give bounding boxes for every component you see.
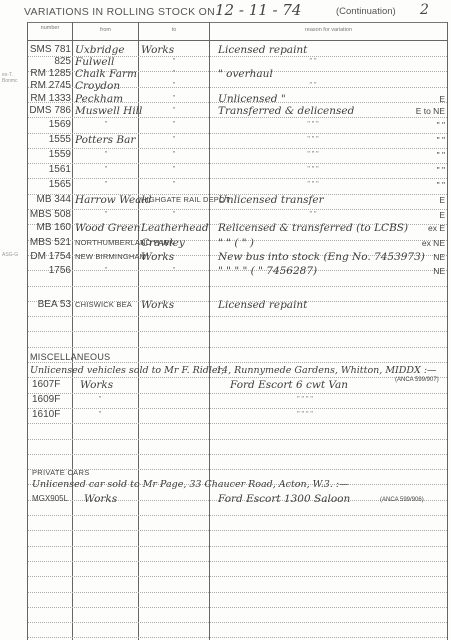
from-garage: CHISWICK BEA — [75, 298, 137, 312]
vehicle-description: " " " " — [230, 408, 380, 422]
variation-reason: Relicensed & transferred (to LCBS) — [218, 221, 408, 235]
ruled-line — [28, 439, 447, 440]
ruled-line — [28, 576, 447, 577]
ruled-line — [28, 530, 447, 531]
area-code: E — [405, 193, 445, 207]
to-destination: " — [141, 79, 207, 93]
to-destination: " — [141, 208, 207, 222]
vehicle-number: 1607F — [32, 378, 72, 392]
area-code: " " — [405, 118, 445, 132]
area-code — [405, 279, 445, 293]
variation-reason: " " " " ( " 7456287) — [218, 264, 408, 278]
area-code: " " — [405, 148, 445, 162]
vehicle-number: 1609F — [32, 393, 72, 407]
vehicle-number: 1561 — [28, 163, 71, 177]
column-header-to: to — [139, 22, 209, 45]
from-garage: Potters Bar — [75, 133, 137, 147]
vehicle-number: MB 160 — [28, 221, 71, 235]
to-destination: Works — [141, 298, 207, 312]
vehicle-number: 1569 — [28, 118, 71, 132]
vehicle-number: RM 2745 — [28, 79, 71, 93]
area-code: E to NE — [405, 104, 445, 118]
from-garage: " — [75, 208, 137, 222]
vehicle-description: Ford Escort 1300 Saloon — [218, 492, 368, 506]
from-garage: Croydon — [75, 79, 137, 93]
from-garage: " — [75, 163, 137, 177]
ruled-line — [28, 592, 447, 593]
from-garage: NORTHUMBERLAND PARK — [75, 236, 137, 250]
variation-reason: " " " — [218, 148, 408, 162]
from-garage: " — [75, 148, 137, 162]
area-code: " " — [405, 133, 445, 147]
area-code: NE — [405, 264, 445, 278]
section-heading-private-cars: PRIVATE CARS — [32, 468, 90, 477]
from-garage: Works — [80, 378, 120, 392]
reference-number: (ANCA 599/906) — [380, 493, 440, 507]
vehicle-registration: MGX905L — [32, 492, 72, 506]
page-number: 2 — [420, 2, 429, 18]
ruled-line — [28, 546, 447, 547]
variation-reason: " " — [218, 208, 408, 222]
vehicle-number: BEA 53 — [28, 298, 71, 312]
to-destination: " — [141, 118, 207, 132]
from-garage: " — [75, 178, 137, 192]
area-code — [405, 298, 445, 312]
vehicle-description: " " " " — [230, 393, 380, 407]
vehicle-number: MBS 508 — [28, 208, 71, 222]
ruled-line — [28, 316, 447, 317]
ruled-line — [28, 561, 447, 562]
from-garage: " — [80, 393, 120, 407]
ruled-line — [28, 637, 447, 638]
area-code: ex NE — [405, 236, 445, 250]
from-garage: NEW BIRMINGHAM — [75, 250, 137, 264]
ruled-line — [28, 423, 447, 424]
area-code: ex E — [405, 221, 445, 235]
vehicle-number: 1756 — [28, 264, 71, 278]
ruled-line — [28, 454, 447, 455]
ruled-line — [28, 331, 447, 332]
to-destination: HIGHGATE RAIL DEPOT — [141, 193, 207, 207]
variation-reason: " " ( " ) — [218, 236, 408, 250]
variation-reason: " " " — [218, 163, 408, 177]
column-divider — [447, 22, 448, 640]
column-header-from: from — [73, 22, 138, 45]
variation-reason — [218, 279, 408, 293]
misc-sale-line: Unlicensed vehicles sold to Mr F. Ridler… — [30, 364, 224, 378]
variation-reason: " " " — [218, 133, 408, 147]
private-sale-line: Unlicensed car sold to Mr Page, 33 Chauc… — [32, 478, 349, 492]
to-destination: " — [141, 104, 207, 118]
to-destination: " — [141, 178, 207, 192]
from-garage: " — [75, 118, 137, 132]
to-destination — [141, 279, 207, 293]
document-page: VARIATIONS IN ROLLING STOCK ON 12 - 11 -… — [0, 0, 451, 640]
to-destination: " — [141, 133, 207, 147]
variation-reason: " " — [218, 79, 408, 93]
ruled-line — [28, 347, 447, 348]
vehicle-number: 1565 — [28, 178, 71, 192]
to-destination: Leatherhead — [141, 221, 207, 235]
document-title: VARIATIONS IN ROLLING STOCK ON — [24, 6, 215, 18]
from-garage: " — [75, 264, 137, 278]
vehicle-number: DM 1754 — [28, 250, 71, 264]
to-destination: Works — [141, 250, 207, 264]
header-divider — [27, 40, 447, 41]
area-code: " " — [405, 163, 445, 177]
to-destination: Crawley — [141, 236, 207, 250]
vehicle-number: 1559 — [28, 148, 71, 162]
from-garage: " — [80, 408, 120, 422]
misc-reference: (ANCA 599/907) — [395, 373, 439, 387]
variation-reason: Unlicensed transfer — [218, 193, 408, 207]
area-code: NE — [405, 250, 445, 264]
ruled-line — [28, 622, 447, 623]
ruled-line — [28, 469, 447, 470]
ruled-line — [28, 607, 447, 608]
from-garage: Wood Green — [75, 221, 137, 235]
vehicle-number: DMS 786 — [28, 104, 71, 118]
margin-note: ex-T. Bonmc — [2, 72, 24, 84]
vehicle-description: Ford Escort 6 cwt Van — [230, 378, 380, 392]
ruled-line — [28, 515, 447, 516]
ruled-line — [28, 362, 447, 363]
area-code: " " — [405, 178, 445, 192]
continuation-label: (Continuation) — [336, 6, 396, 17]
from-garage: Harrow Weald — [75, 193, 137, 207]
vehicle-number — [28, 279, 71, 293]
margin-note: ASG-G — [2, 252, 24, 258]
variation-reason: " " " — [218, 178, 408, 192]
section-heading-miscellaneous: MISCELLANEOUS — [30, 352, 110, 362]
area-code: E — [405, 208, 445, 222]
vehicle-number: MB 344 — [28, 193, 71, 207]
variation-reason: New bus into stock (Eng No. 7453973) — [218, 250, 408, 264]
to-destination: " — [141, 264, 207, 278]
variation-reason: Transferred & delicensed — [218, 104, 408, 118]
variation-reason: " " " — [218, 118, 408, 132]
area-code — [405, 79, 445, 93]
from-garage — [75, 279, 137, 293]
to-destination: " — [141, 163, 207, 177]
vehicle-number: MBS 521 — [28, 236, 71, 250]
vehicle-number: 1555 — [28, 133, 71, 147]
to-destination: " — [141, 148, 207, 162]
from-garage: Works — [84, 492, 124, 506]
variation-reason: Licensed repaint — [218, 298, 408, 312]
column-header-reason: reason for variation — [210, 22, 447, 45]
from-garage: Muswell Hill — [75, 104, 137, 118]
document-date: 12 - 11 - 74 — [215, 1, 301, 19]
vehicle-number: 1610F — [32, 408, 72, 422]
